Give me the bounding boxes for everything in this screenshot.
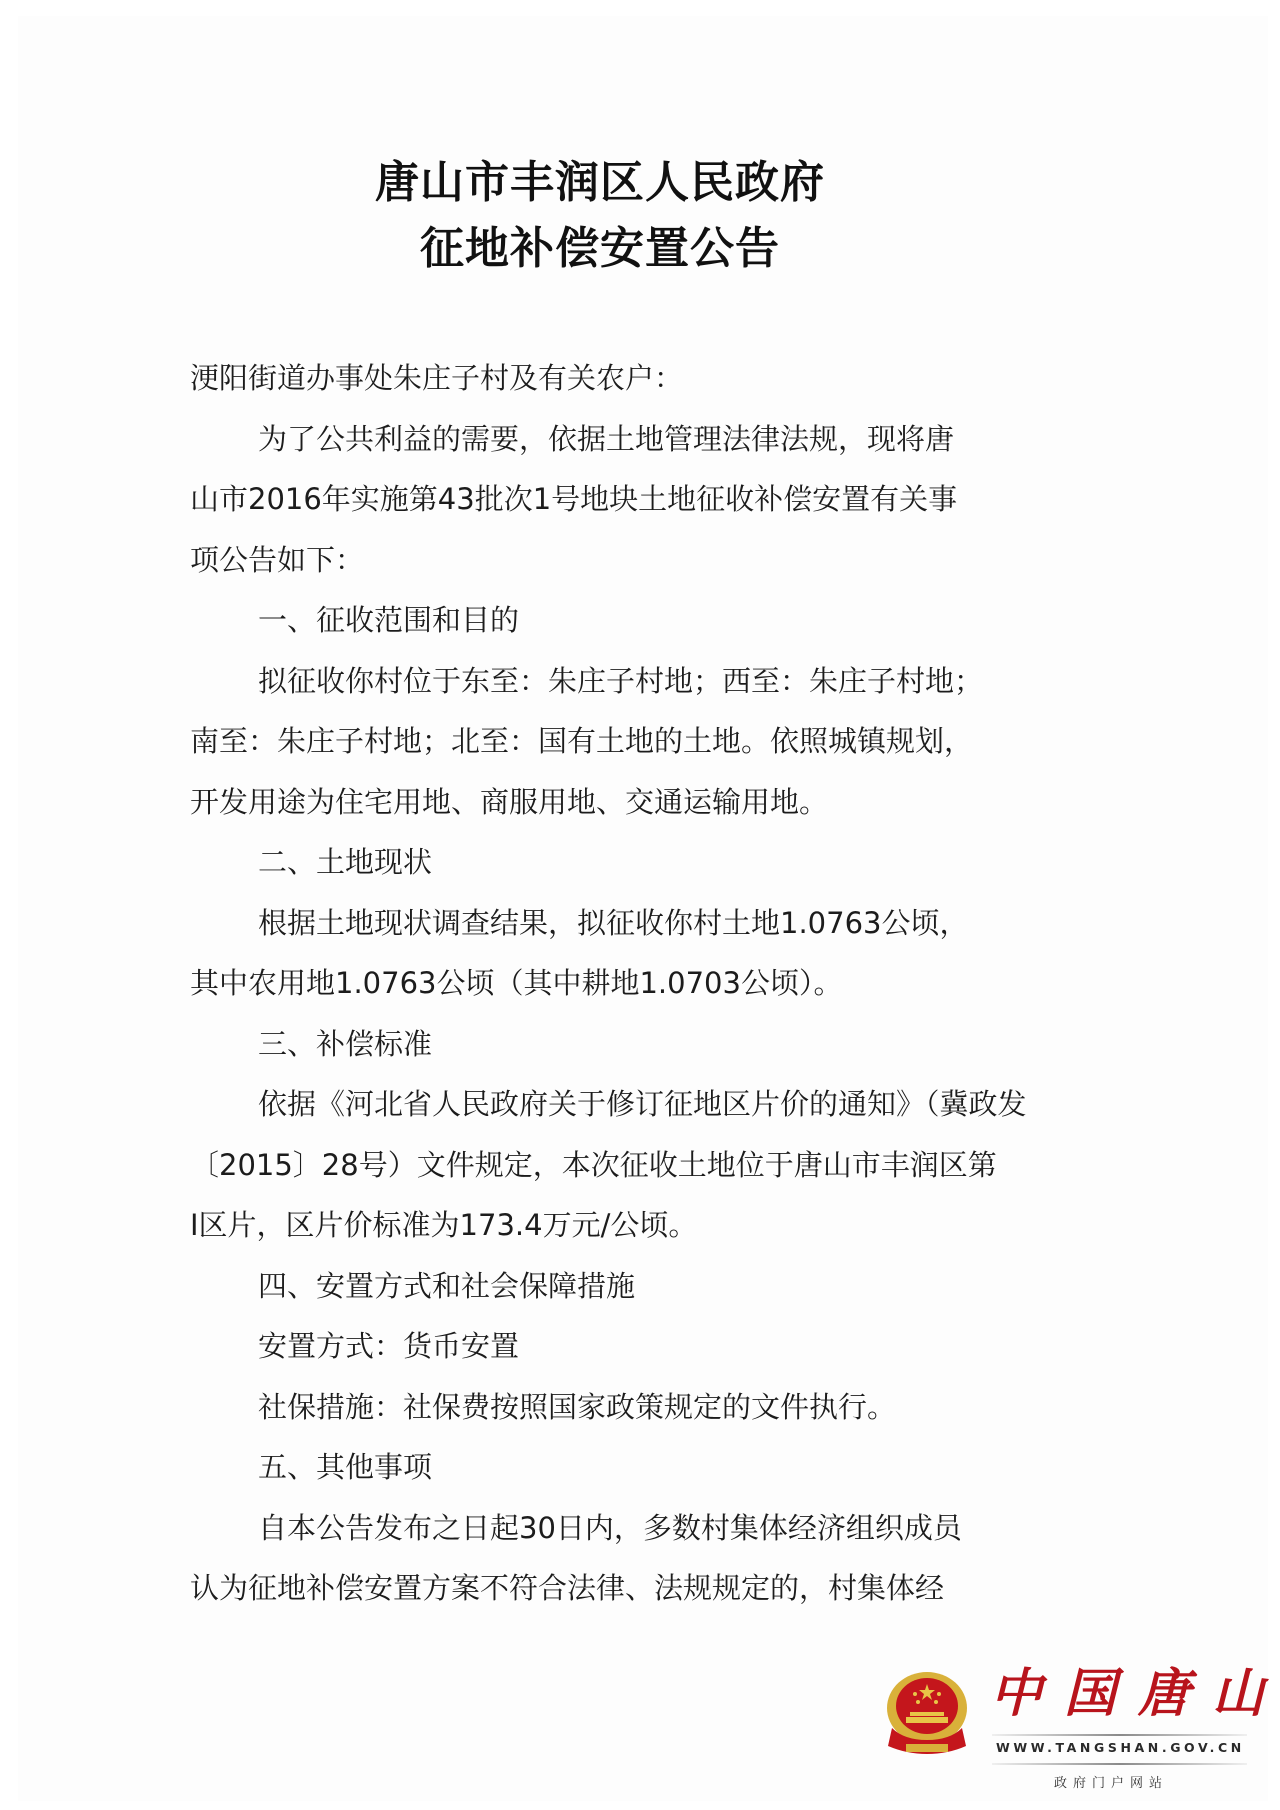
title-line-1: 唐山市丰润区人民政府 [0,150,1280,216]
paragraph-line: 山市2016年实施第43批次1号地块土地征收补偿安置有关事 [190,469,1090,530]
section-heading-2: 二、土地现状 [190,832,1090,893]
section-heading-5: 五、其他事项 [190,1437,1090,1498]
national-emblem-icon [884,1670,970,1760]
section-heading-1: 一、征收范围和目的 [190,590,1090,651]
logo-subtitle: 政府门户网站 [1054,1772,1168,1791]
paragraph-line: 南至：朱庄子村地；北至：国有土地的土地。依照城镇规划， [190,711,1090,772]
paragraph-line: 安置方式：货币安置 [190,1316,1090,1377]
paragraph-line: 依据《河北省人民政府关于修订征地区片价的通知》（冀政发 [190,1074,1090,1135]
document-title: 唐山市丰润区人民政府 征地补偿安置公告 [0,150,1280,282]
logo-divider [992,1734,1247,1736]
paragraph-line: 自本公告发布之日起30日内，多数村集体经济组织成员 [190,1498,1090,1559]
logo-url-text: WWW.TANGSHAN.GOV.CN [996,1740,1245,1755]
title-line-2: 征地补偿安置公告 [0,216,1280,282]
paragraph-line: Ⅰ区片，区片价标准为173.4万元/公顷。 [190,1195,1090,1256]
section-heading-3: 三、补偿标准 [190,1014,1090,1075]
paragraph-line: 社保措施：社保费按照国家政策规定的文件执行。 [190,1377,1090,1438]
document-body: 浭阳街道办事处朱庄子村及有关农户： 为了公共利益的需要，依据土地管理法律法规，现… [190,348,1090,1619]
paragraph-line: 〔2015〕28号）文件规定，本次征收土地位于唐山市丰润区第 [190,1135,1090,1196]
paragraph-line: 认为征地补偿安置方案不符合法律、法规规定的，村集体经 [190,1558,1090,1619]
section-heading-4: 四、安置方式和社会保障措施 [190,1256,1090,1317]
paragraph-line: 其中农用地1.0763公顷（其中耕地1.0703公顷）。 [190,953,1090,1014]
paragraph-line: 拟征收你村位于东至：朱庄子村地；西至：朱庄子村地； [190,651,1090,712]
tangshan-gov-logo: 中国唐山 WWW.TANGSHAN.GOV.CN 政府门户网站 [872,1660,1272,1800]
logo-title: 中国唐山 [990,1662,1280,1726]
logo-divider [992,1763,1247,1765]
addressee-line: 浭阳街道办事处朱庄子村及有关农户： [190,348,1090,409]
paragraph-line: 根据土地现状调查结果，拟征收你村土地1.0763公顷， [190,893,1090,954]
paragraph-line: 项公告如下： [190,530,1090,591]
paragraph-line: 开发用途为住宅用地、商服用地、交通运输用地。 [190,772,1090,833]
paragraph-line: 为了公共利益的需要，依据土地管理法律法规，现将唐 [190,409,1090,470]
